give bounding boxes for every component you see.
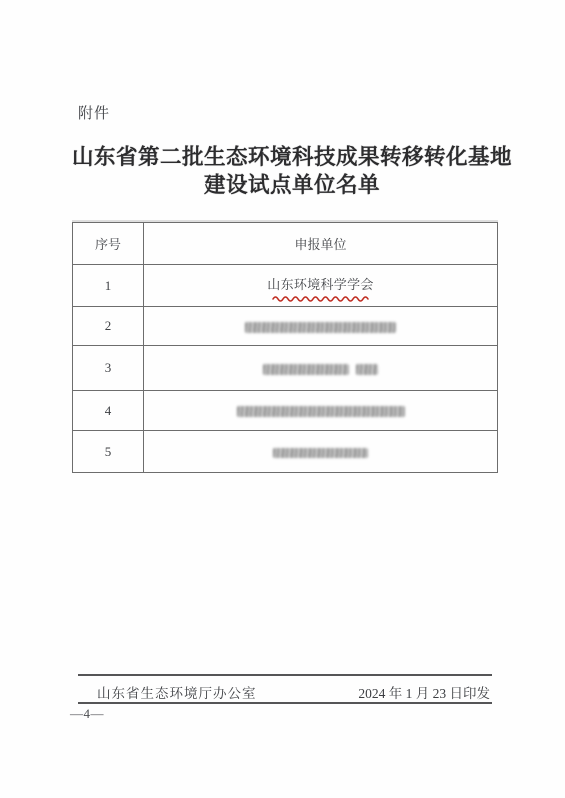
row-3-unit-cell — [144, 346, 498, 391]
footer-print-date: 2024 年 1 月 23 日印发 — [340, 682, 490, 702]
redacted-unit-blur — [245, 322, 396, 333]
table-row-1: 1 山东环境科学学会 — [73, 265, 498, 307]
row-4-unit-cell — [144, 391, 498, 431]
table-row-5: 5 — [73, 431, 498, 473]
row-1-index: 1 — [73, 265, 144, 307]
redacted-unit-blur — [263, 364, 349, 375]
header-cell-unit: 申报单位 — [144, 223, 498, 265]
document-title: 山东省第二批生态环境科技成果转移转化基地 建设试点单位名单 — [68, 143, 516, 199]
red-wavy-underline-icon — [271, 294, 371, 302]
row-2-unit-cell — [144, 307, 498, 346]
redacted-unit-blur — [273, 448, 368, 458]
header-cell-index: 序号 — [73, 223, 144, 265]
title-line-1: 山东省第二批生态环境科技成果转移转化基地 — [68, 143, 516, 171]
unit-name: 山东环境科学学会 — [267, 274, 373, 293]
row-5-index: 5 — [73, 431, 144, 473]
scanned-document-page: 附件 山东省第二批生态环境科技成果转移转化基地 建设试点单位名单 序号 申报单位… — [0, 0, 565, 798]
title-line-2: 建设试点单位名单 — [68, 171, 516, 199]
row-5-unit-cell — [144, 431, 498, 473]
row-1-unit-cell: 山东环境科学学会 — [144, 265, 498, 307]
row-4-index: 4 — [73, 391, 144, 431]
row-3-index: 3 — [73, 346, 144, 391]
footer-top-rule — [78, 674, 492, 676]
row-2-index: 2 — [73, 307, 144, 346]
table-row-2: 2 — [73, 307, 498, 346]
table-header-row: 序号 申报单位 — [73, 223, 498, 265]
unit-name-wrap: 山东环境科学学会 — [267, 270, 373, 302]
redacted-unit-blur — [356, 364, 378, 375]
footer-issuer: 山东省生态环境厅办公室 — [97, 682, 257, 702]
units-table: 序号 申报单位 1 山东环境科学学会 2 — [72, 222, 498, 473]
footer-bottom-rule — [78, 702, 492, 704]
attachment-label: 附件 — [78, 102, 110, 123]
redacted-unit-blur — [237, 406, 405, 417]
table-row-3: 3 — [73, 346, 498, 391]
page-number: —4— — [70, 706, 104, 722]
table-row-4: 4 — [73, 391, 498, 431]
